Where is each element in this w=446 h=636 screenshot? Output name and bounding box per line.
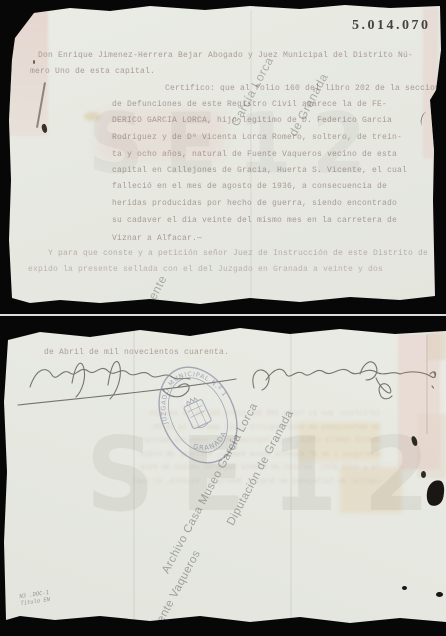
typed-line: capital en Callejones de Gracia, Huerta … (112, 166, 407, 175)
typed-line: de Defunciones de este Registro Civil ap… (112, 100, 387, 109)
ink-speck (402, 586, 407, 590)
typed-line: falleció en el mes de agosto de 1936, a … (112, 182, 387, 191)
ink-blot (424, 479, 446, 508)
ink-speck (436, 592, 443, 597)
ink-speck (41, 123, 49, 133)
bleed-line: de Defunciones de este Registro Civil ap… (44, 422, 380, 436)
bleed-line: DERICO GARCIA LORCA, hijo legitimo de D.… (44, 435, 380, 449)
pencil-archive-note: N3 .DOC-1 Título EN (19, 590, 50, 608)
bleed-line: capital en Callejones de Gracia, Huerta … (44, 476, 380, 490)
typed-line: Viznar a Alfacar.— (112, 234, 202, 243)
typed-line: heridas producidas por hecho de guerra, … (112, 199, 397, 208)
yellow-spot (84, 112, 100, 121)
tan-patch (418, 414, 446, 478)
typed-line: Y para que conste y a petición señor Jue… (48, 249, 428, 258)
ink-speck (411, 436, 418, 447)
archive-number-stamp: 5.014.070 (352, 18, 431, 34)
bleed-line: Certifico: que al folio 160 del libro 20… (44, 408, 380, 422)
ink-bleedthrough-text: Certifico: que al folio 160 del libro 20… (44, 408, 380, 489)
ink-speck (421, 471, 426, 478)
page-separator-line (0, 314, 446, 316)
bleed-line: ta y ocho años, natural de Fuente Vaquer… (44, 462, 380, 476)
pen-mark (419, 111, 429, 126)
typed-line: su cadaver el dia veinte del mismo mes e… (112, 216, 397, 225)
scanned-document-canvas: 5.014.070 Don Enrique Jimenez-Herrera Be… (0, 0, 446, 636)
typed-line: Certifico: que al folio 160 del libro 20… (165, 84, 440, 93)
bleed-line: Rodriguez y de Dª Vicenta Lorca Romero, … (44, 449, 380, 463)
typed-line: Rodriguez y de Dª Vicenta Lorca Romero, … (112, 133, 402, 142)
typed-line: Don Enrique Jimenez-Herrera Bejar Abogad… (38, 51, 413, 60)
tear-crack-line (36, 82, 45, 128)
ink-speck (33, 60, 35, 64)
typed-line: DERICO GARCIA LORCA, hijo legitimo de D.… (112, 116, 392, 125)
typed-line: expido la presente sellada con el del Ju… (28, 265, 383, 274)
typed-line: mero Uno de esta capital. (30, 67, 155, 76)
certificate-back-page: de Abril de mil novecientos cuarenta. (0, 322, 446, 636)
certificate-front-page: 5.014.070 Don Enrique Jimenez-Herrera Be… (0, 0, 446, 320)
typed-line: ta y ocho años, natural de Fuente Vaquer… (112, 150, 397, 159)
